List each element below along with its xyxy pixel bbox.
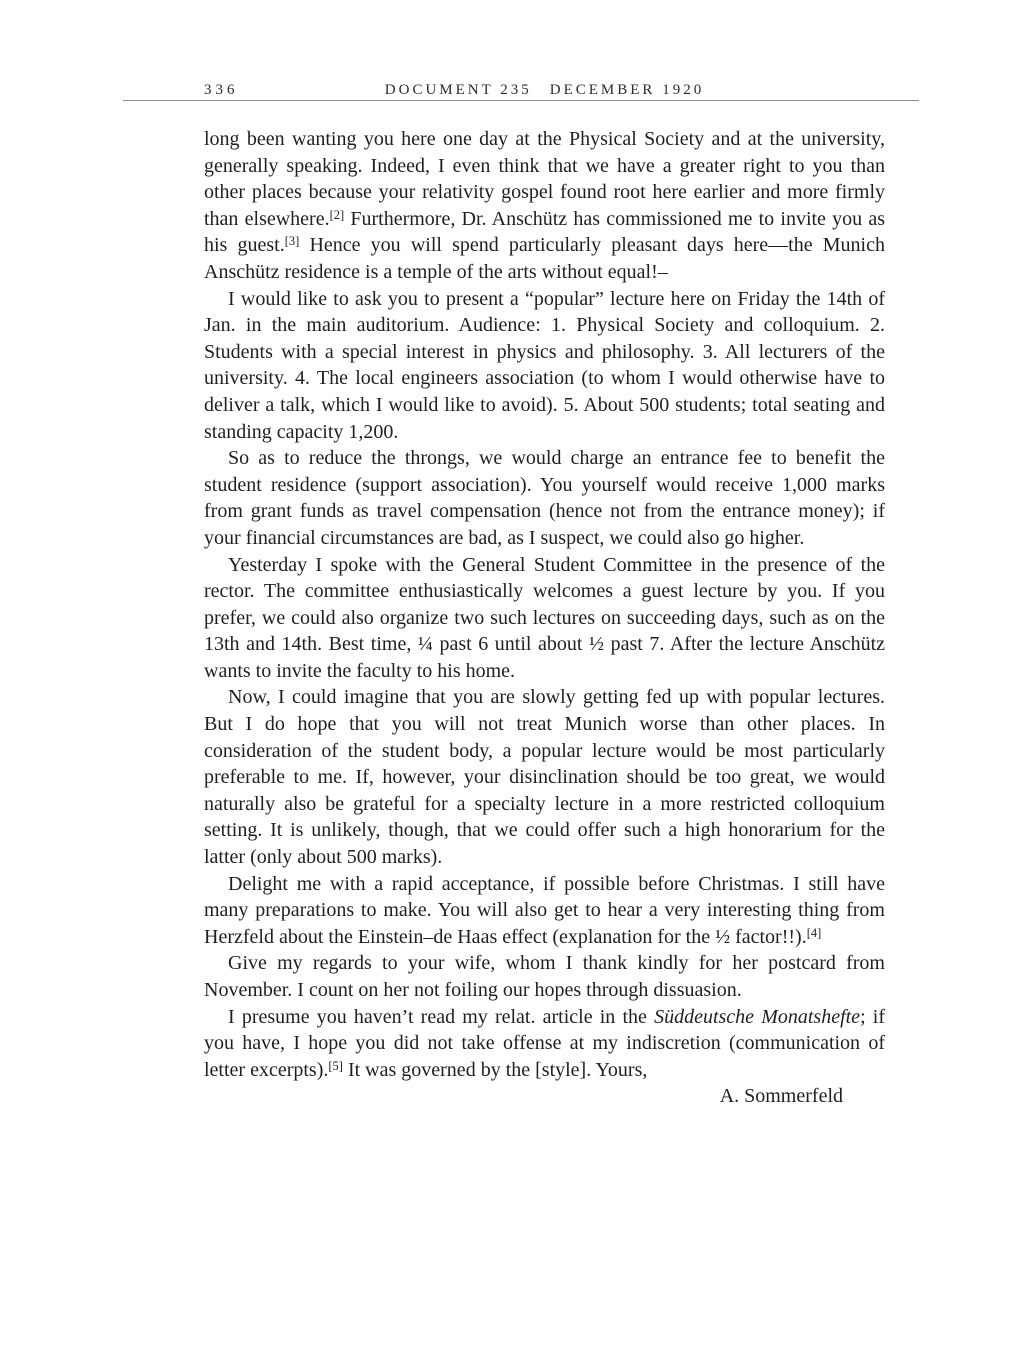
footnote-marker-5: [5] [328, 1059, 343, 1073]
running-head-date: DECEMBER 1920 [550, 82, 704, 98]
footnote-marker-4: [4] [807, 926, 822, 940]
signature: A. Sommerfeld [204, 1083, 885, 1110]
text-run: So as to reduce the throngs, we would ch… [204, 447, 885, 549]
book-page: 336 DOCUMENT 235DECEMBER 1920 long been … [0, 0, 1020, 1361]
paragraph: So as to reduce the throngs, we would ch… [204, 445, 885, 551]
paragraph: Now, I could imagine that you are slowly… [204, 684, 885, 870]
header-rule [123, 100, 919, 101]
paragraph: Delight me with a rapid acceptance, if p… [204, 871, 885, 951]
paragraph: Yesterday I spoke with the General Stude… [204, 552, 885, 685]
paragraph: Give my regards to your wife, whom I tha… [204, 950, 885, 1003]
journal-title: Süddeutsche Monatshefte [654, 1006, 860, 1028]
letter-paragraphs: long been wanting you here one day at th… [204, 126, 885, 1083]
footnote-marker-2: [2] [330, 208, 345, 222]
text-run: Delight me with a rapid acceptance, if p… [204, 873, 885, 948]
paragraph: long been wanting you here one day at th… [204, 126, 885, 286]
running-head-document: DOCUMENT 235 [385, 82, 532, 98]
text-run: Yesterday I spoke with the General Stude… [204, 554, 885, 682]
paragraph: I presume you haven’t read my relat. art… [204, 1004, 885, 1084]
text-run: It was governed by the [style]. Yours, [343, 1059, 647, 1081]
text-run: I would like to ask you to present a “po… [204, 288, 885, 443]
running-head: DOCUMENT 235DECEMBER 1920 [204, 82, 885, 99]
text-run: Give my regards to your wife, whom I tha… [204, 952, 885, 1001]
paragraph: I would like to ask you to present a “po… [204, 286, 885, 446]
text-run: I presume you haven’t read my relat. art… [228, 1006, 654, 1028]
text-run: Now, I could imagine that you are slowly… [204, 686, 885, 868]
letter-body: long been wanting you here one day at th… [204, 126, 885, 1110]
text-run: Hence you will spend particularly pleasa… [204, 234, 885, 283]
footnote-marker-3: [3] [285, 234, 300, 248]
